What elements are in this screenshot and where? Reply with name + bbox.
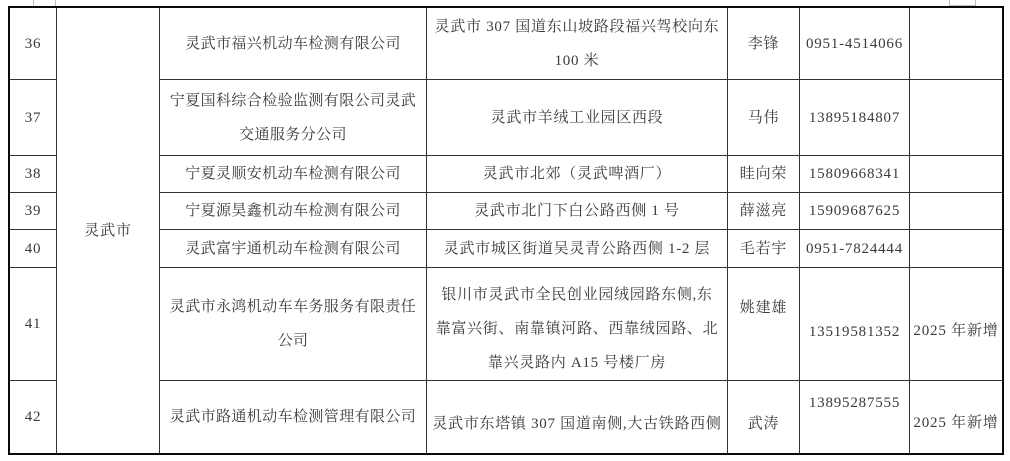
serial-cell: 37 — [10, 80, 57, 156]
company-name: 灵武市路通机动车检测管理有限公司 — [160, 400, 426, 434]
serial-cell: 40 — [10, 230, 57, 268]
company-cell: 灵武富宇通机动车检测有限公司 — [160, 230, 427, 268]
company-cell: 灵武市福兴机动车检测有限公司 — [160, 8, 427, 80]
serial-number: 38 — [10, 157, 56, 191]
contact-cell: 武涛 — [728, 381, 800, 453]
note-cell: 2025 年新增 — [910, 381, 1002, 453]
contact-cell: 马伟 — [728, 80, 800, 156]
phone-number: 13895184807 — [800, 101, 909, 135]
serial-cell: 41 — [10, 268, 57, 381]
serial-number: 37 — [10, 101, 56, 135]
address-cell: 银川市灵武市全民创业园绒园路东侧,东 靠富兴街、南靠镇河路、西靠绒园路、北 靠兴… — [427, 268, 728, 381]
company-name: 宁夏灵顺安机动车检测有限公司 — [160, 157, 426, 191]
company-cell: 灵武市路通机动车检测管理有限公司 — [160, 381, 427, 453]
address-cell: 灵武市羊绒工业园区西段 — [427, 80, 728, 156]
company-cell: 宁夏国科综合检验监测有限公司灵武 交通服务分公司 — [160, 80, 427, 156]
address-text: 灵武市北门下白公路西侧 1 号 — [427, 194, 727, 228]
phone-number: 13519581352 — [800, 315, 909, 349]
city-label: 灵武市 — [57, 214, 159, 248]
contact-cell: 李锋 — [728, 8, 800, 80]
note-cell — [910, 193, 1002, 230]
inspection-stations-table: 灵武市 36 灵武市福兴机动车检测有限公司 灵武市 307 国道东山坡路段福兴驾… — [8, 6, 1004, 455]
address-cell: 灵武市东塔镇 307 国道南侧,大古铁路西侧 — [427, 381, 728, 453]
address-text: 灵武市东塔镇 307 国道南侧,大古铁路西侧 — [427, 407, 727, 441]
serial-cell: 39 — [10, 193, 57, 230]
serial-cell: 42 — [10, 381, 57, 453]
address-cell: 灵武市城区街道吴灵青公路西侧 1-2 层 — [427, 230, 728, 268]
note-cell — [910, 156, 1002, 193]
phone-number: 15909687625 — [800, 194, 909, 228]
contact-cell: 毛若宇 — [728, 230, 800, 268]
address-text: 银川市灵武市全民创业园绒园路东侧,东 靠富兴街、南靠镇河路、西靠绒园路、北 靠兴… — [427, 278, 727, 380]
contact-cell: 薛滋亮 — [728, 193, 800, 230]
phone-cell: 15909687625 — [800, 193, 910, 230]
serial-number: 40 — [10, 232, 56, 266]
phone-number: 13895287555 — [800, 386, 909, 420]
company-name: 灵武市永鸿机动车车务服务有限责任 公司 — [160, 290, 426, 358]
phone-cell: 0951-7824444 — [800, 230, 910, 268]
contact-cell: 姚建雄 — [728, 268, 800, 381]
contact-name: 眭向荣 — [728, 157, 799, 191]
contact-name: 薛滋亮 — [728, 194, 799, 228]
serial-cell: 36 — [10, 8, 57, 80]
company-name: 宁夏源昊鑫机动车检测有限公司 — [160, 194, 426, 228]
phone-number: 0951-4514066 — [800, 27, 909, 61]
page: { "table": { "city": "灵武市", "rows": [ { … — [0, 0, 1010, 461]
serial-number: 41 — [10, 307, 56, 341]
phone-cell: 0951-4514066 — [800, 8, 910, 80]
company-name: 宁夏国科综合检验监测有限公司灵武 交通服务分公司 — [160, 84, 426, 152]
phone-number: 0951-7824444 — [800, 232, 909, 266]
address-cell: 灵武市 307 国道东山坡路段福兴驾校向东 100 米 — [427, 8, 728, 80]
note-cell — [910, 80, 1002, 156]
serial-number: 36 — [10, 27, 56, 61]
address-cell: 灵武市北门下白公路西侧 1 号 — [427, 193, 728, 230]
company-cell: 宁夏灵顺安机动车检测有限公司 — [160, 156, 427, 193]
phone-cell: 13895184807 — [800, 80, 910, 156]
phone-cell: 13519581352 — [800, 268, 910, 381]
contact-name: 武涛 — [728, 407, 799, 441]
serial-number: 42 — [10, 400, 56, 434]
note-cell — [910, 230, 1002, 268]
company-cell: 灵武市永鸿机动车车务服务有限责任 公司 — [160, 268, 427, 381]
contact-name: 李锋 — [728, 27, 799, 61]
address-text: 灵武市城区街道吴灵青公路西侧 1-2 层 — [427, 232, 727, 266]
address-text: 灵武市羊绒工业园区西段 — [427, 101, 727, 135]
address-text: 灵武市北郊（灵武啤酒厂） — [427, 157, 727, 191]
note-text: 2025 年新增 — [910, 406, 1002, 440]
address-cell: 灵武市北郊（灵武啤酒厂） — [427, 156, 728, 193]
serial-cell: 38 — [10, 156, 57, 193]
contact-name: 毛若宇 — [728, 232, 799, 266]
company-cell: 宁夏源昊鑫机动车检测有限公司 — [160, 193, 427, 230]
serial-number: 39 — [10, 194, 56, 228]
contact-name: 姚建雄 — [728, 291, 799, 325]
company-name: 灵武富宇通机动车检测有限公司 — [160, 232, 426, 266]
city-merged-cell: 灵武市 — [57, 8, 160, 453]
contact-cell: 眭向荣 — [728, 156, 800, 193]
phone-cell: 15809668341 — [800, 156, 910, 193]
phone-number: 15809668341 — [800, 157, 909, 191]
contact-name: 马伟 — [728, 101, 799, 135]
company-name: 灵武市福兴机动车检测有限公司 — [160, 27, 426, 61]
note-cell — [910, 8, 1002, 80]
note-text: 2025 年新增 — [910, 314, 1002, 348]
phone-cell: 13895287555 — [800, 381, 910, 453]
note-cell: 2025 年新增 — [910, 268, 1002, 381]
address-text: 灵武市 307 国道东山坡路段福兴驾校向东 100 米 — [427, 10, 727, 78]
